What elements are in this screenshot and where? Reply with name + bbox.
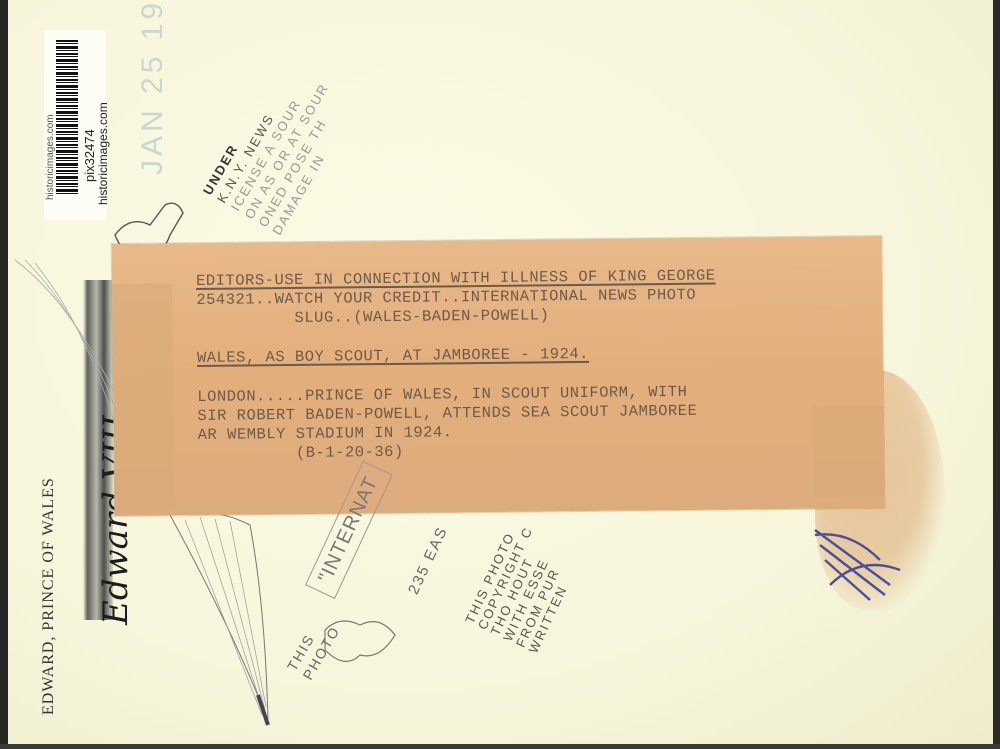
scan-edge-right — [993, 0, 1000, 749]
sticker-site: historicimages.com — [96, 102, 110, 205]
quill-stamp-icon — [150, 495, 310, 735]
photo-caption: EDWARD, PRINCE OF WALES — [40, 477, 58, 715]
caption-text-block: EDITORS-USE IN CONNECTION WITH ILLNESS O… — [196, 267, 717, 464]
ink-scribble — [810, 525, 910, 605]
tape-strip — [112, 283, 174, 512]
tape-strip — [813, 406, 884, 497]
barcode-icon — [56, 40, 78, 195]
scan-edge-bottom — [0, 744, 1000, 749]
sticker-id: pix32474 — [82, 129, 97, 182]
date-stamp: JAN 25 1936 — [136, 0, 170, 175]
sticker-site-top: historicimages.com — [45, 114, 56, 200]
scroll-stamp-bottom-icon — [320, 610, 410, 690]
